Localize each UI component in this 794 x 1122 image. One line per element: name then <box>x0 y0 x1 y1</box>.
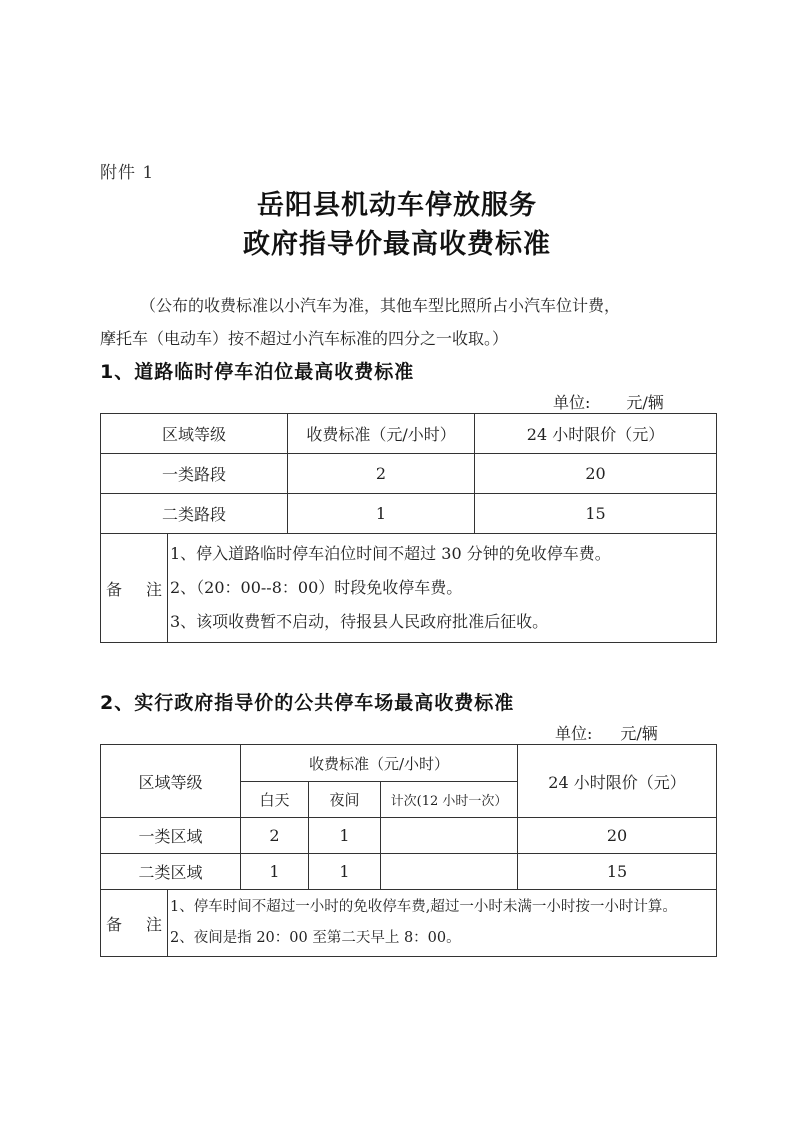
note-item: 3、该项收费暂不启动，待报县人民政府批准后征收。 <box>170 605 716 639</box>
notes-content: 1、停入道路临时停车泊位时间不超过 30 分钟的免收停车费。 2、（20：00-… <box>168 534 717 643</box>
note-item: 1、停车时间不超过一小时的免收停车费,超过一小时未满一小时按一小时计算。 <box>170 892 716 923</box>
section2-heading: 2、实行政府指导价的公共停车场最高收费标准 <box>100 688 514 715</box>
cell-day: 1 <box>241 854 309 890</box>
cell-zone: 一类区域 <box>101 818 241 854</box>
cell-rate: 1 <box>288 494 475 534</box>
header-day: 白天 <box>241 782 309 818</box>
cell-cap: 15 <box>475 494 717 534</box>
document-title-line1: 岳阳县机动车停放服务 <box>0 183 794 222</box>
notes-label: 备注 <box>101 534 168 643</box>
cell-cap: 15 <box>518 854 717 890</box>
note-item: 2、（20：00--8：00）时段免收停车费。 <box>170 571 716 605</box>
notes-label-b: 注 <box>146 912 162 935</box>
intro-paragraph: （公布的收费标准以小汽车为准，其他车型比照所占小汽车位计费， 摩托车（电动车）按… <box>100 289 700 355</box>
cell-cap: 20 <box>475 454 717 494</box>
document-title-line2: 政府指导价最高收费标准 <box>0 222 794 261</box>
table-row: 一类区域 2 1 20 <box>101 818 717 854</box>
header-rate: 收费标准（元/小时） <box>288 414 475 454</box>
cell-per-visit <box>381 854 518 890</box>
header-zone: 区域等级 <box>101 745 241 818</box>
table-row: 二类路段 1 15 <box>101 494 717 534</box>
public-parking-fee-table: 区域等级 收费标准（元/小时） 24 小时限价（元） 白天 夜间 计次(12 小… <box>100 744 717 957</box>
notes-label-a: 备 <box>106 577 122 600</box>
attachment-label: 附件 1 <box>100 158 154 183</box>
note-item: 1、停入道路临时停车泊位时间不超过 30 分钟的免收停车费。 <box>170 537 716 571</box>
section1-heading: 1、道路临时停车泊位最高收费标准 <box>100 357 414 384</box>
section2-unit: 单位:元/辆 <box>555 721 658 744</box>
cell-cap: 20 <box>518 818 717 854</box>
table-row: 二类区域 1 1 15 <box>101 854 717 890</box>
header-per-visit: 计次(12 小时一次） <box>381 782 518 818</box>
unit-label: 单位: <box>553 393 590 412</box>
header-night: 夜间 <box>309 782 381 818</box>
intro-line-1: （公布的收费标准以小汽车为准，其他车型比照所占小汽车位计费， <box>100 289 700 322</box>
notes-label: 备注 <box>101 890 168 957</box>
cell-night: 1 <box>309 854 381 890</box>
cell-day: 2 <box>241 818 309 854</box>
table-header-row: 区域等级 收费标准（元/小时） 24 小时限价（元） <box>101 414 717 454</box>
section1-unit: 单位:元/辆 <box>553 390 664 413</box>
header-rate-group: 收费标准（元/小时） <box>241 745 518 782</box>
notes-label-b: 注 <box>146 577 162 600</box>
table-row: 一类路段 2 20 <box>101 454 717 494</box>
header-cap: 24 小时限价（元） <box>475 414 717 454</box>
notes-label-a: 备 <box>106 912 122 935</box>
cell-zone: 二类路段 <box>101 494 288 534</box>
cell-zone: 二类区域 <box>101 854 241 890</box>
header-zone: 区域等级 <box>101 414 288 454</box>
notes-content: 1、停车时间不超过一小时的免收停车费,超过一小时未满一小时按一小时计算。 2、夜… <box>168 890 717 957</box>
unit-label: 单位: <box>555 724 592 743</box>
notes-row: 备注 1、停入道路临时停车泊位时间不超过 30 分钟的免收停车费。 2、（20：… <box>101 534 717 643</box>
cell-zone: 一类路段 <box>101 454 288 494</box>
unit-value: 元/辆 <box>626 393 663 412</box>
road-parking-fee-table: 区域等级 收费标准（元/小时） 24 小时限价（元） 一类路段 2 20 二类路… <box>100 413 717 643</box>
note-item: 2、夜间是指 20：00 至第二天早上 8：00。 <box>170 923 716 954</box>
unit-value: 元/辆 <box>620 724 657 743</box>
cell-per-visit <box>381 818 518 854</box>
cell-night: 1 <box>309 818 381 854</box>
notes-row: 备注 1、停车时间不超过一小时的免收停车费,超过一小时未满一小时按一小时计算。 … <box>101 890 717 957</box>
intro-line-2: 摩托车（电动车）按不超过小汽车标准的四分之一收取。） <box>100 329 508 348</box>
table-header-row: 区域等级 收费标准（元/小时） 24 小时限价（元） <box>101 745 717 782</box>
cell-rate: 2 <box>288 454 475 494</box>
header-cap: 24 小时限价（元） <box>518 745 717 818</box>
